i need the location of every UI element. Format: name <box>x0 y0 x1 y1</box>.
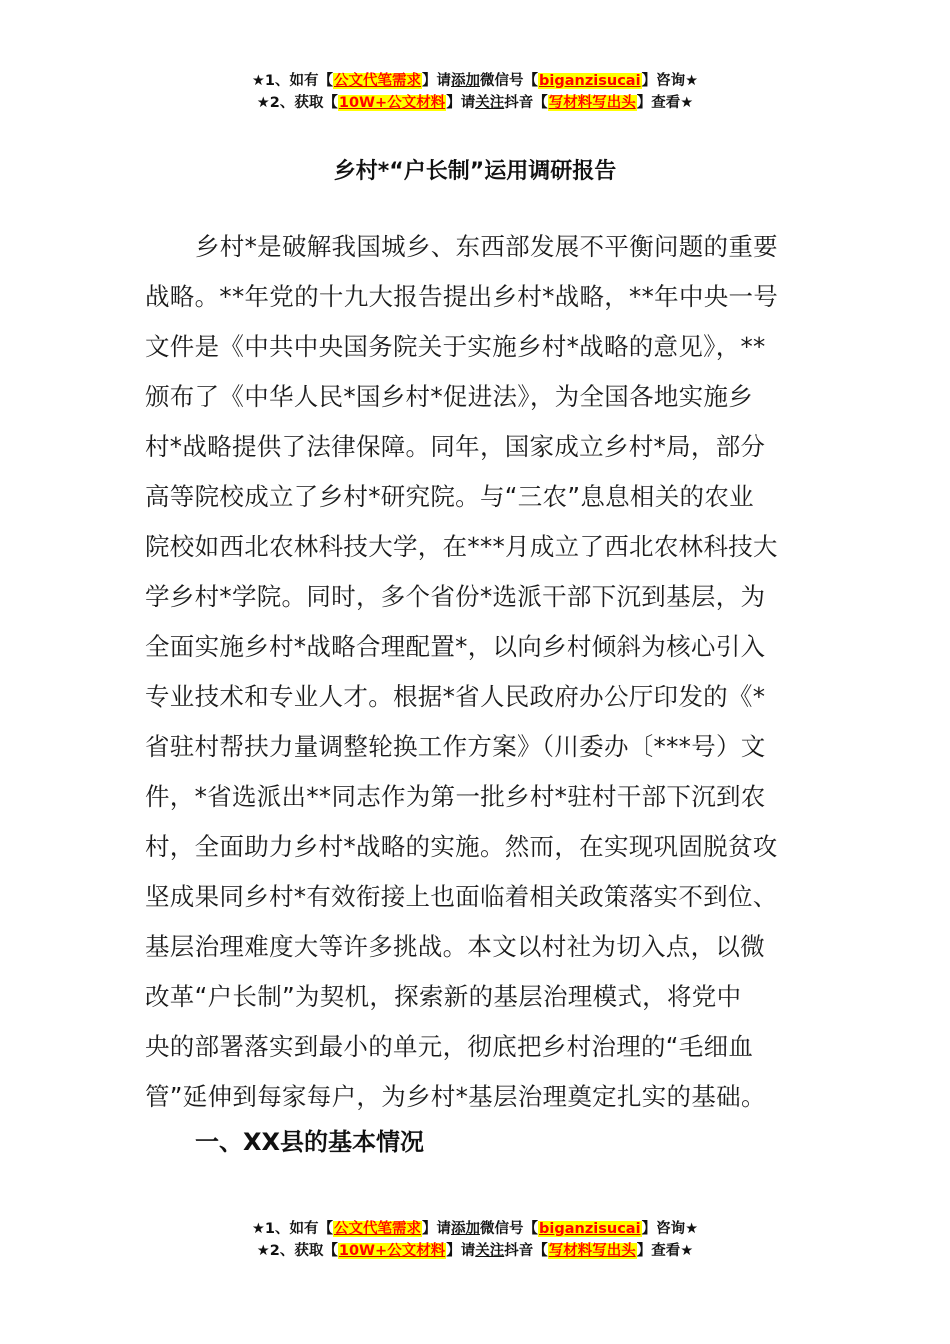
banner-text: ★2、获取【 <box>257 95 338 111</box>
banner-line-2: ★2、获取【10W+公文材料】请关注抖音【写材料写出头】查看★ <box>0 1240 950 1262</box>
paragraph-line: 改革“户长制”为契机，探索新的基层治理模式，将党中 <box>145 972 805 1022</box>
highlight-service: 公文代笔需求 <box>333 1221 422 1237</box>
paragraph-line: 基层治理难度大等许多挑战。本文以村社为切入点，以微 <box>145 922 805 972</box>
highlight-wechat-id: biganzisucai <box>538 1221 642 1237</box>
underlined-text: 添加 <box>451 1221 480 1237</box>
banner-text: 】请 <box>422 73 451 89</box>
banner-text: 抖音【 <box>504 95 548 111</box>
document-title: 乡村*“户长制”运用调研报告 <box>0 152 950 192</box>
banner-text: 微信号【 <box>480 1221 538 1237</box>
paragraph-line: 乡村*是破解我国城乡、东西部发展不平衡问题的重要 <box>145 222 805 272</box>
paragraph-line: 全面实施乡村*战略合理配置*，以向乡村倾斜为核心引入 <box>145 622 805 672</box>
banner-text: 】咨询★ <box>642 1221 699 1237</box>
banner-text: 】请 <box>446 95 475 111</box>
paragraph-line: 颁布了《中华人民*国乡村*促进法》，为全国各地实施乡 <box>145 372 805 422</box>
paragraph-line: 村*战略提供了法律保障。同年，国家成立乡村*局，部分 <box>145 422 805 472</box>
top-banner: ★1、如有【公文代笔需求】请添加微信号【biganzisucai】咨询★ ★2、… <box>0 70 950 114</box>
paragraph-line: 文件是《中共中央国务院关于实施乡村*战略的意见》，** <box>145 322 805 372</box>
paragraph-line: 央的部署落实到最小的单元，彻底把乡村治理的“毛细血 <box>145 1022 805 1072</box>
highlight-materials: 10W+公文材料 <box>338 1243 446 1259</box>
banner-text: ★1、如有【 <box>252 73 333 89</box>
banner-text: ★1、如有【 <box>252 1221 333 1237</box>
paragraph-line: 管”延伸到每家每户，为乡村*基层治理奠定扎实的基础。 <box>145 1072 805 1122</box>
highlight-douyin-id: 写材料写出头 <box>548 95 637 111</box>
paragraph-line: 学乡村*学院。同时，多个省份*选派干部下沉到基层，为 <box>145 572 805 622</box>
banner-text: 】查看★ <box>637 1243 694 1259</box>
banner-line-1: ★1、如有【公文代笔需求】请添加微信号【biganzisucai】咨询★ <box>0 1218 950 1240</box>
paragraph-line: 件，*省选派出**同志作为第一批乡村*驻村干部下沉到农 <box>145 772 805 822</box>
paragraph-line: 坚成果同乡村*有效衔接上也面临着相关政策落实不到位、 <box>145 872 805 922</box>
banner-text: 抖音【 <box>504 1243 548 1259</box>
banner-text: 】请 <box>422 1221 451 1237</box>
banner-text: 微信号【 <box>480 73 538 89</box>
banner-text: ★2、获取【 <box>257 1243 338 1259</box>
paragraph-line: 省驻村帮扶力量调整轮换工作方案》（川委办〔***号）文 <box>145 722 805 772</box>
underlined-text: 添加 <box>451 73 480 89</box>
highlight-materials: 10W+公文材料 <box>338 95 446 111</box>
banner-line-1: ★1、如有【公文代笔需求】请添加微信号【biganzisucai】咨询★ <box>0 70 950 92</box>
body-paragraph: 乡村*是破解我国城乡、东西部发展不平衡问题的重要 战略。**年党的十九大报告提出… <box>145 222 805 1122</box>
banner-text: 】请 <box>446 1243 475 1259</box>
underlined-text: 关注 <box>475 95 504 111</box>
section-heading: 一、XX县的基本情况 <box>195 1120 424 1164</box>
banner-text: 】咨询★ <box>642 73 699 89</box>
underlined-text: 关注 <box>475 1243 504 1259</box>
paragraph-line: 专业技术和专业人才。根据*省人民政府办公厅印发的《* <box>145 672 805 722</box>
banner-text: 】查看★ <box>637 95 694 111</box>
paragraph-line: 战略。**年党的十九大报告提出乡村*战略，**年中央一号 <box>145 272 805 322</box>
highlight-douyin-id: 写材料写出头 <box>548 1243 637 1259</box>
paragraph-line: 院校如西北农林科技大学，在***月成立了西北农林科技大 <box>145 522 805 572</box>
bottom-banner: ★1、如有【公文代笔需求】请添加微信号【biganzisucai】咨询★ ★2、… <box>0 1218 950 1262</box>
paragraph-line: 村，全面助力乡村*战略的实施。然而，在实现巩固脱贫攻 <box>145 822 805 872</box>
highlight-wechat-id: biganzisucai <box>538 73 642 89</box>
highlight-service: 公文代笔需求 <box>333 73 422 89</box>
paragraph-line: 高等院校成立了乡村*研究院。与“三农”息息相关的农业 <box>145 472 805 522</box>
banner-line-2: ★2、获取【10W+公文材料】请关注抖音【写材料写出头】查看★ <box>0 92 950 114</box>
